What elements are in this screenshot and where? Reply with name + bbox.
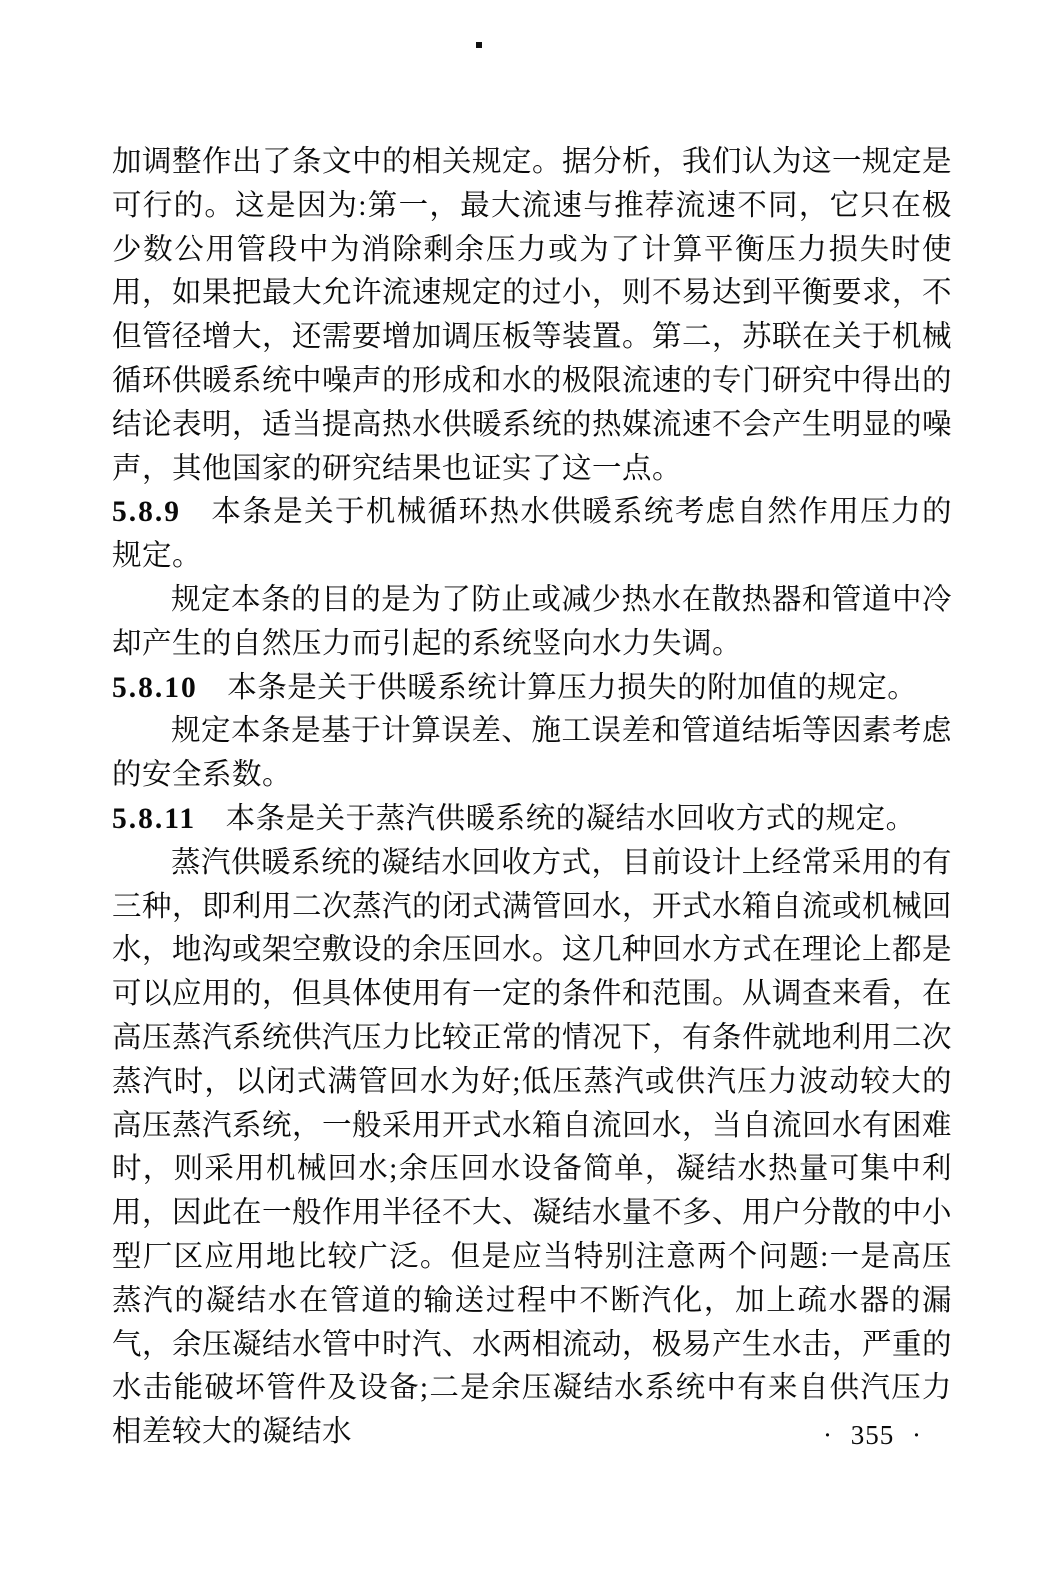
- text-block: 加调整作出了条文中的相关规定。据分析，我们认为这一规定是可行的。这是因为:第一，…: [112, 141, 952, 1455]
- section-number: 5.8.10: [112, 672, 198, 704]
- section-text: 本条是关于蒸汽供暖系统的凝结水回收方式的规定。: [226, 803, 916, 835]
- section-paragraph-5-8-11: 5.8.11本条是关于蒸汽供暖系统的凝结水回收方式的规定。: [112, 798, 952, 842]
- page-number: · 355 ·: [823, 1420, 922, 1451]
- scanned-document-page: 加调整作出了条文中的相关规定。据分析，我们认为这一规定是可行的。这是因为:第一，…: [0, 0, 1056, 1586]
- scan-artifact-dot: [476, 42, 482, 48]
- paragraph-continuation: 加调整作出了条文中的相关规定。据分析，我们认为这一规定是可行的。这是因为:第一，…: [112, 141, 952, 491]
- section-text: 本条是关于供暖系统计算压力损失的附加值的规定。: [227, 672, 917, 704]
- section-number: 5.8.11: [112, 803, 196, 835]
- paragraph-body: 规定本条是基于计算误差、施工误差和管道结垢等因素考虑的安全系数。: [112, 710, 952, 798]
- section-paragraph-5-8-10: 5.8.10本条是关于供暖系统计算压力损失的附加值的规定。: [112, 667, 952, 711]
- section-number: 5.8.9: [112, 496, 181, 528]
- paragraph-body: 蒸汽供暖系统的凝结水回收方式，目前设计上经常采用的有三种，即利用二次蒸汽的闭式满…: [112, 842, 952, 1455]
- section-paragraph-5-8-9: 5.8.9本条是关于机械循环热水供暖系统考虑自然作用压力的规定。: [112, 491, 952, 579]
- section-text: 本条是关于机械循环热水供暖系统考虑自然作用压力的规定。: [112, 496, 952, 572]
- paragraph-body: 规定本条的目的是为了防止或减少热水在散热器和管道中冷却产生的自然压力而引起的系统…: [112, 579, 952, 667]
